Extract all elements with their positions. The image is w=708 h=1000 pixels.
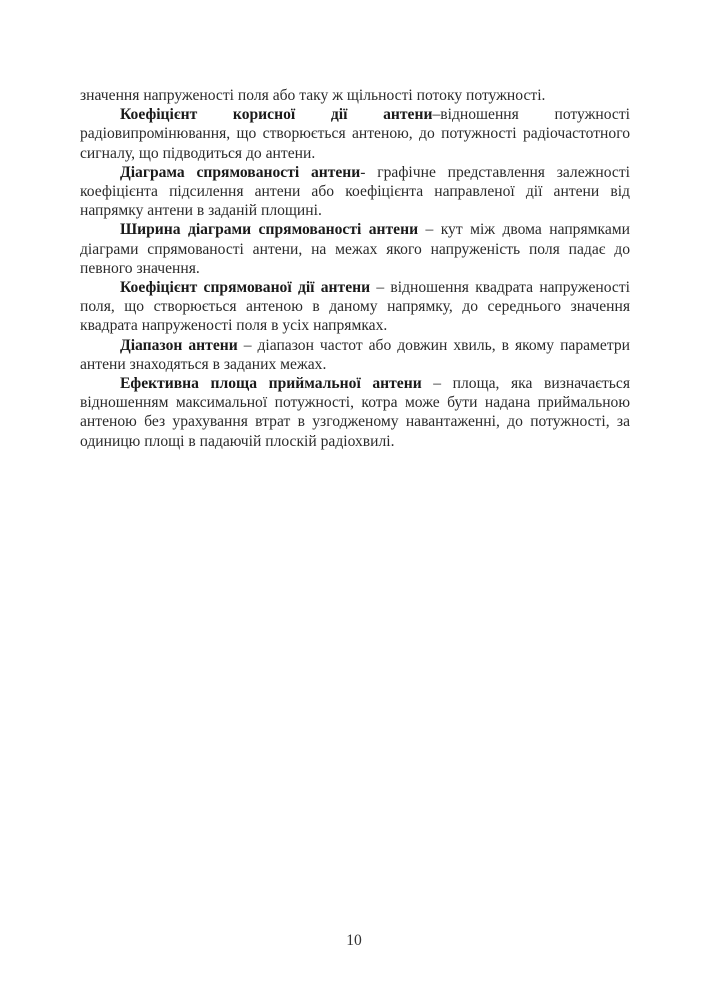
term: Коефіцієнт спрямованої дії антени (120, 279, 370, 296)
paragraph-text: значення напруженості поля або таку ж щі… (80, 87, 545, 104)
definition-effective-area: Ефективна площа приймальної антени – пло… (80, 374, 630, 451)
definition-efficiency: Коефіцієнт корисної дії антени–відношенн… (80, 105, 630, 163)
definition-bandwidth: Діапазон антени – діапазон частот або до… (80, 336, 630, 374)
term: Діаграма спрямованості антени (120, 164, 360, 181)
page-number: 10 (0, 932, 708, 950)
definition-beamwidth: Ширина діаграми спрямованості антени – к… (80, 220, 630, 278)
definition-radiation-pattern: Діаграма спрямованості антени- графічне … (80, 163, 630, 221)
term: Діапазон антени (120, 337, 238, 354)
definition-directivity: Коефіцієнт спрямованої дії антени – відн… (80, 278, 630, 336)
term: Ширина діаграми спрямованості антени (120, 221, 418, 238)
paragraph-continuation: значення напруженості поля або таку ж щі… (80, 86, 630, 105)
term: Ефективна площа приймальної антени (120, 375, 422, 392)
document-body: значення напруженості поля або таку ж щі… (80, 86, 630, 451)
term: Коефіцієнт корисної дії антени (120, 106, 432, 123)
